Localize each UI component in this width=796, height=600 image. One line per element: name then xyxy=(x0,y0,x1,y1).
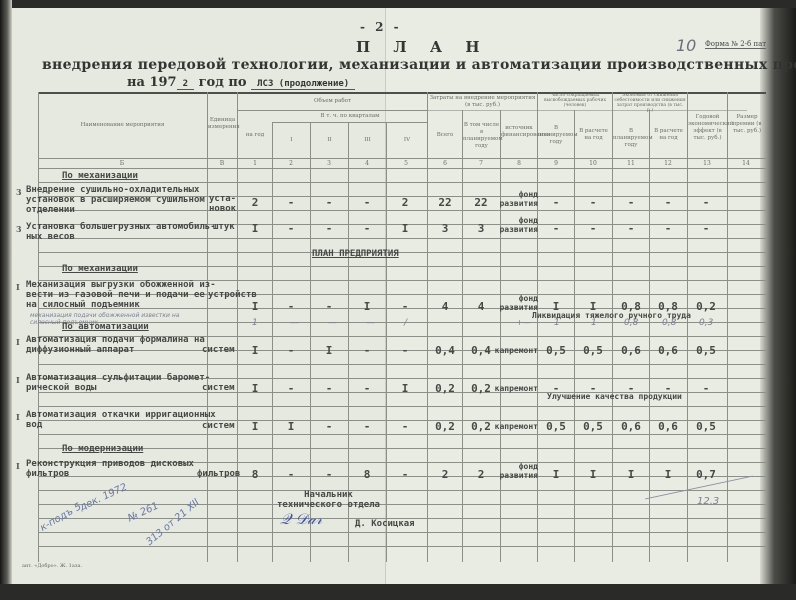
col-header-workers: Число сокращаемых высвобождаемых рабочих… xyxy=(538,93,612,108)
handwritten-note: дек. 1972 xyxy=(78,482,129,513)
cell-per-year: I xyxy=(237,222,273,235)
col-num: 8 xyxy=(504,160,534,167)
cell-q1: - xyxy=(273,196,309,209)
cell-q2: - xyxy=(311,382,347,395)
hw-q: 1 xyxy=(252,318,258,328)
cell-workers-annual: 0,5 xyxy=(575,420,611,433)
col-header-q1: I xyxy=(273,137,310,144)
cell-q4: I xyxy=(387,382,423,395)
row-unit: систем xyxy=(202,421,235,431)
cell-cost-total: 0,4 xyxy=(427,344,463,357)
row-unit: фильтров xyxy=(197,469,240,479)
cell-workers-planned: 0,5 xyxy=(538,420,574,433)
cell-cost-total: 2 xyxy=(427,468,463,481)
cell-workers-annual: - xyxy=(575,222,611,235)
cell-effect: - xyxy=(688,196,724,209)
cell-source: фондразвития xyxy=(498,190,538,208)
row-name: Автоматизация подачи формалина на диффуз… xyxy=(26,335,205,355)
col-header-savings-planned: В планируемом году xyxy=(613,128,649,149)
col-num: 11 xyxy=(616,160,646,167)
section-automation: По автоматизации xyxy=(62,322,149,332)
year-digit: 2 xyxy=(177,79,194,90)
cell-q3: - xyxy=(349,222,385,235)
col-num: 7 xyxy=(466,160,496,167)
cell-workers-annual: - xyxy=(575,196,611,209)
cell-cost-planned: 22 xyxy=(463,196,499,209)
cell-savings-annual: I xyxy=(650,468,686,481)
printer-footer: ант. «Добро». Ж. 1аза. xyxy=(22,563,82,569)
cell-workers-planned: 0,5 xyxy=(538,344,574,357)
col-num: 9 xyxy=(541,160,571,167)
col-header-bonus: Размер премии (в тыс. руб.) xyxy=(728,114,766,135)
cell-source: фондразвития xyxy=(498,462,538,480)
row-unit: систем xyxy=(202,345,235,355)
cell-q4: - xyxy=(387,468,423,481)
section-enterprise-plan: ПЛАН ПРЕДПРИЯТИЯ xyxy=(312,249,399,259)
section-modernization: По модернизации xyxy=(62,444,143,454)
form-number: Форма № 2-б пат xyxy=(705,40,766,49)
cell-q2: - xyxy=(311,420,347,433)
cell-workers-planned: - xyxy=(538,222,574,235)
cell-per-year: I xyxy=(237,382,273,395)
cell-q1: - xyxy=(273,222,309,235)
hw-s-planned: 0,8 xyxy=(624,318,638,328)
col-num: 6 xyxy=(430,160,460,167)
scan-left-edge xyxy=(0,0,12,600)
cell-savings-planned: I xyxy=(613,468,649,481)
col-num: В xyxy=(207,160,237,167)
year-prefix: на 197 xyxy=(127,75,177,90)
cell-cost-total: 4 xyxy=(427,300,463,313)
hw-q: — xyxy=(366,318,375,328)
col-header-workers-planned: В планируемом году xyxy=(538,125,574,146)
cell-q3: 8 xyxy=(349,468,385,481)
cell-q2: I xyxy=(311,344,347,357)
cell-cost-total: 0,2 xyxy=(427,382,463,395)
page-number: - 2 - xyxy=(360,20,402,34)
hw-w-annual: 1 xyxy=(591,318,597,328)
col-header-cost: Затраты на внедрение мероприятия (в тыс.… xyxy=(428,95,537,109)
col-num: Б xyxy=(107,160,137,167)
cell-q3: - xyxy=(349,196,385,209)
cell-cost-planned: 2 xyxy=(463,468,499,481)
row-name: Установка большегрузных автомобиль- ных … xyxy=(26,222,216,242)
cell-q1: I xyxy=(273,420,309,433)
enterprise-name: ЛСЗ (продолжение) xyxy=(251,79,355,90)
section-mechanization: По механизации xyxy=(62,171,138,181)
scan-top-edge xyxy=(0,0,796,8)
cell-source: капремонт xyxy=(494,384,538,393)
signature-name: Д. Косицкая xyxy=(355,519,415,529)
cell-cost-total: 0,2 xyxy=(427,420,463,433)
cell-workers-planned: - xyxy=(538,196,574,209)
col-header-unit: Единица измерения xyxy=(208,117,237,131)
cell-per-year: I xyxy=(237,420,273,433)
section-mechanization-2: По механизации xyxy=(62,264,138,274)
row-note: Улучшение качества продукции xyxy=(547,392,682,401)
cell-q1: - xyxy=(273,344,309,357)
cell-cost-planned: 3 xyxy=(463,222,499,235)
year-line: на 1972 год по ЛСЗ (продолжение) xyxy=(127,75,355,90)
col-header-q2: II xyxy=(311,137,348,144)
cell-cost-total: 3 xyxy=(427,222,463,235)
cell-q2: - xyxy=(311,196,347,209)
document-title: П Л А Н xyxy=(356,38,489,56)
cell-effect: - xyxy=(688,382,724,395)
handwritten-page-number: 10 xyxy=(676,36,696,55)
cell-q1: - xyxy=(273,382,309,395)
cell-q1: - xyxy=(273,468,309,481)
col-num: 2 xyxy=(276,160,306,167)
hw-source: +— xyxy=(516,318,531,327)
cell-savings-annual: - xyxy=(650,222,686,235)
cell-workers-planned: I xyxy=(538,468,574,481)
col-header-savings: Экономия от снижения себестоимости или с… xyxy=(613,93,687,113)
signature-scrawl: 𝒬 𝒟𝒶𝓇 xyxy=(280,510,322,528)
row-unit: уста-новок xyxy=(209,194,236,214)
cell-per-year: I xyxy=(237,344,273,357)
handwritten-total: 12,3 xyxy=(697,496,719,507)
hw-q: — xyxy=(328,318,337,328)
document-subtitle: внедрения передовой технологии, механиза… xyxy=(42,57,796,73)
col-num: 12 xyxy=(653,160,683,167)
col-header-cost-planned: В том числе в планируемом году xyxy=(463,122,500,150)
cell-savings-planned: 0,6 xyxy=(613,344,649,357)
cell-q3: I xyxy=(349,300,385,313)
cell-savings-planned: - xyxy=(613,222,649,235)
cell-q1: - xyxy=(273,300,309,313)
hw-s-annual: 0,8 xyxy=(662,318,676,328)
cell-savings-planned: - xyxy=(613,196,649,209)
col-header-quarters: В т. ч. по кварталам xyxy=(273,113,427,120)
col-header-q4: IV xyxy=(387,137,427,144)
cell-source: капремонт xyxy=(494,422,538,431)
cell-workers-annual: 0,5 xyxy=(575,344,611,357)
col-header-volume: Объем работ xyxy=(238,98,427,105)
cell-q2: - xyxy=(311,300,347,313)
cell-q2: - xyxy=(311,468,347,481)
col-num: 5 xyxy=(391,160,421,167)
col-header-per-year: на год xyxy=(238,132,272,139)
cell-source: капремонт xyxy=(494,346,538,355)
hw-w-planned: 1 xyxy=(554,318,560,328)
cell-q4: I xyxy=(387,222,423,235)
cell-effect: 0,2 xyxy=(688,300,724,313)
col-header-q3: III xyxy=(349,137,386,144)
cell-q3: - xyxy=(349,344,385,357)
cell-savings-annual: 0,6 xyxy=(650,420,686,433)
cell-cost-planned: 4 xyxy=(463,300,499,313)
cell-q4: 2 xyxy=(387,196,423,209)
plan-table: Наименование мероприятия Единица измерен… xyxy=(22,92,762,562)
cell-effect: - xyxy=(688,222,724,235)
col-header-annual-effect: Годовой экономический эффект (в тыс. руб… xyxy=(688,114,727,142)
col-num: 14 xyxy=(731,160,761,167)
signature-title: Начальник технического отдела xyxy=(277,490,380,510)
col-header-cost-source: источник финансирования xyxy=(501,125,537,139)
cell-effect: 0,7 xyxy=(688,468,724,481)
col-header-workers-annual: В расчете на год xyxy=(575,128,612,142)
cell-q4: - xyxy=(387,344,423,357)
row-name: Реконструкция приводов дисковых фильтров xyxy=(26,459,194,479)
cell-savings-annual: - xyxy=(650,196,686,209)
cell-per-year: 2 xyxy=(237,196,273,209)
cell-q4: - xyxy=(387,420,423,433)
hw-q: / xyxy=(404,318,407,328)
col-num: 10 xyxy=(578,160,608,167)
row-unit: систем xyxy=(202,383,235,393)
cell-per-year: I xyxy=(237,300,273,313)
cell-savings-planned: 0,6 xyxy=(613,420,649,433)
row-unit: штук xyxy=(213,222,235,232)
col-num: 1 xyxy=(240,160,270,167)
year-mid: год по xyxy=(199,75,247,90)
col-num: 4 xyxy=(352,160,382,167)
col-num: 3 xyxy=(314,160,344,167)
col-num: 13 xyxy=(692,160,722,167)
cell-workers-annual: I xyxy=(575,468,611,481)
scan-right-edge xyxy=(760,8,796,600)
row-name: Автоматизация откачки ирригационных вод xyxy=(26,410,216,430)
cell-savings-annual: 0,6 xyxy=(650,344,686,357)
hw-q: — xyxy=(290,318,299,328)
cell-q4: - xyxy=(387,300,423,313)
row-name: Внедрение сушильно-охладительных установ… xyxy=(26,185,205,215)
row-unit: устройств xyxy=(208,290,257,300)
row-name: Механизация выгрузки обожженной из- вест… xyxy=(26,280,216,310)
cell-q3: - xyxy=(349,420,385,433)
col-header-savings-annual: В расчете на год xyxy=(650,128,687,142)
cell-source: фондразвития xyxy=(498,294,538,312)
cell-cost-total: 22 xyxy=(427,196,463,209)
cell-effect: 0,5 xyxy=(688,420,724,433)
cell-source: фондразвития xyxy=(498,216,538,234)
scan-bottom-edge xyxy=(0,584,796,600)
col-header-name: Наименование мероприятия xyxy=(38,122,207,129)
cell-per-year: 8 xyxy=(237,468,273,481)
col-header-cost-total: Всего xyxy=(428,132,462,139)
hw-effect: 0,3 xyxy=(699,318,713,328)
cell-effect: 0,5 xyxy=(688,344,724,357)
cell-q2: - xyxy=(311,222,347,235)
row-name: Автоматизация сульфитации баромет- ричес… xyxy=(26,373,210,393)
cell-q3: - xyxy=(349,382,385,395)
